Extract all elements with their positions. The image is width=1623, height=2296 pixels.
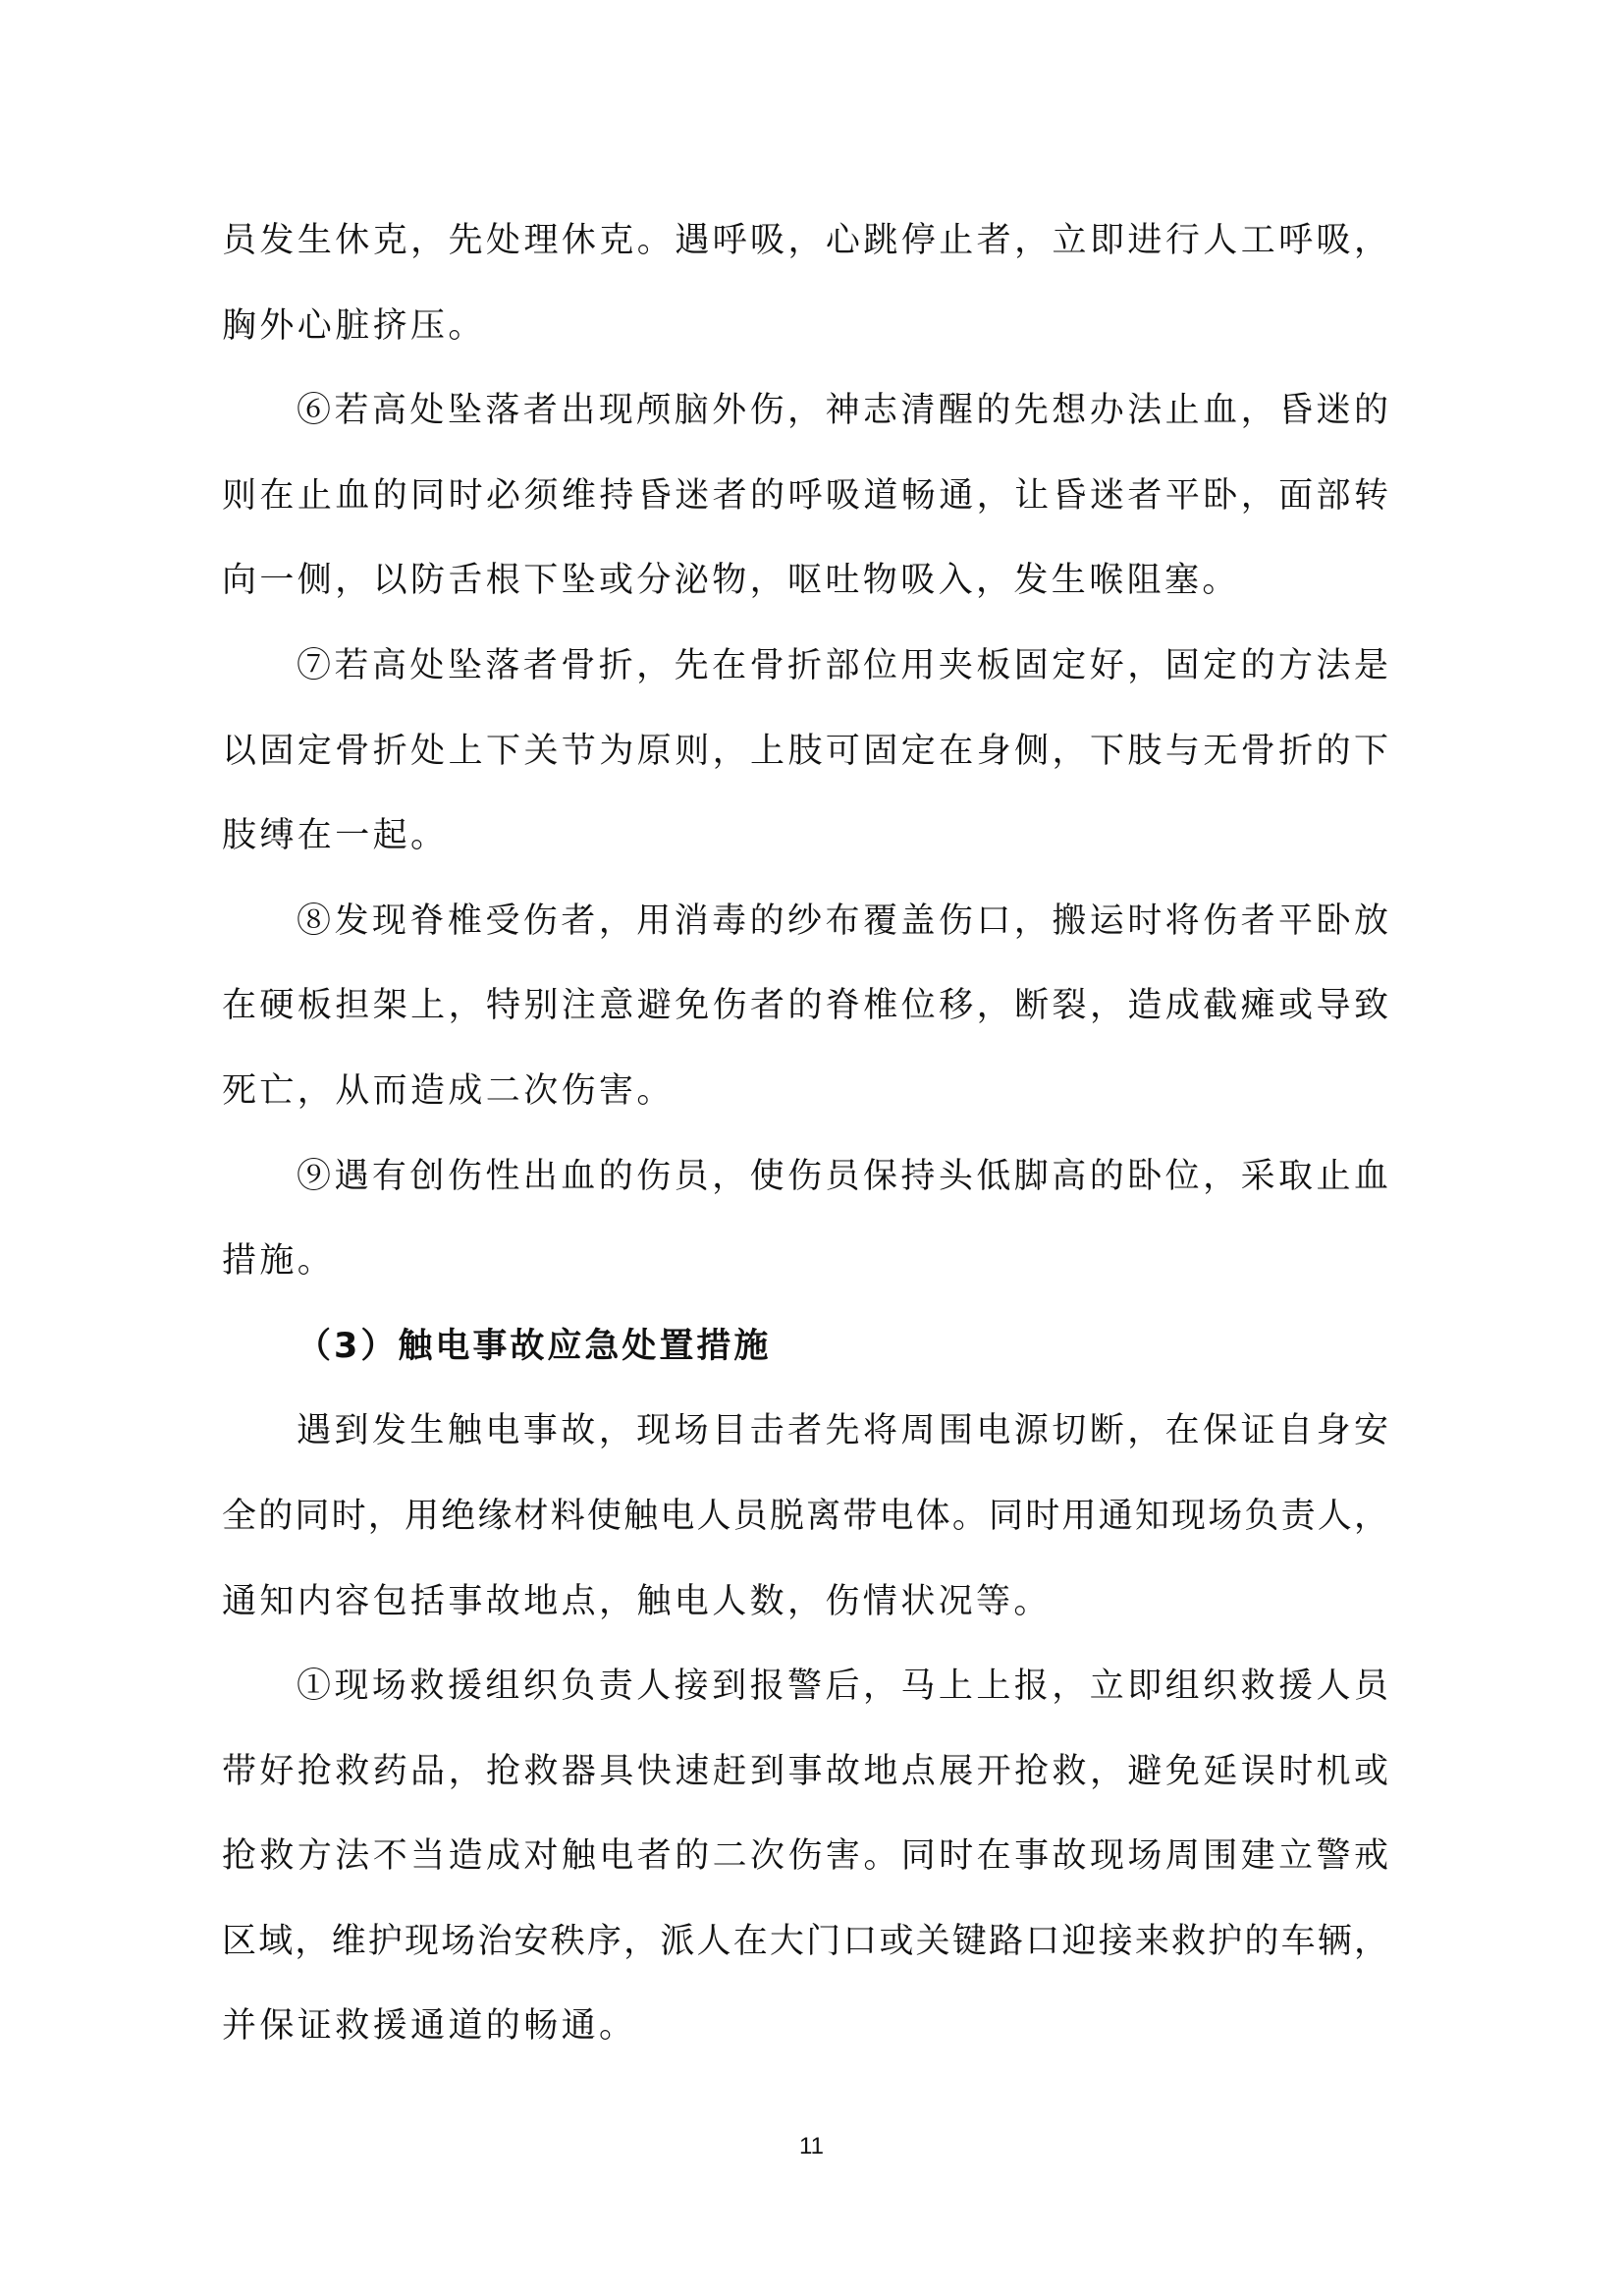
paragraph-line: 通知内容包括事故地点，触电人数，伤情状况等。 bbox=[222, 1572, 1388, 1658]
paragraph-line: 带好抢救药品，抢救器具快速赶到事故地点展开抢救，避免延误时机或 bbox=[222, 1742, 1388, 1828]
paragraph-line: 员发生休克，先处理休克。遇呼吸，心跳停止者，立即进行人工呼吸， bbox=[222, 211, 1388, 297]
paragraph-start-item-9: ⑨遇有创伤性出血的伤员，使伤员保持头低脚高的卧位，采取止血 bbox=[222, 1147, 1388, 1232]
paragraph-start-item-7: ⑦若高处坠落者骨折，先在骨折部位用夹板固定好，固定的方法是 bbox=[222, 636, 1388, 722]
document-page: 员发生休克，先处理休克。遇呼吸，心跳停止者，立即进行人工呼吸， 胸外心脏挤压。 … bbox=[0, 0, 1623, 2296]
paragraph-line: 并保证救援通道的畅通。 bbox=[222, 1996, 1388, 2082]
paragraph-line: 在硬板担架上，特别注意避免伤者的脊椎位移，断裂，造成截瘫或导致 bbox=[222, 976, 1388, 1062]
paragraph-start: 遇到发生触电事故，现场目击者先将周围电源切断，在保证自身安 bbox=[222, 1401, 1388, 1487]
paragraph-line: 全的同时，用绝缘材料使触电人员脱离带电体。同时用通知现场负责人， bbox=[222, 1487, 1388, 1572]
paragraph-line: 死亡，从而造成二次伤害。 bbox=[222, 1062, 1388, 1147]
paragraph-line: 向一侧，以防舌根下坠或分泌物，呕吐物吸入，发生喉阻塞。 bbox=[222, 551, 1388, 636]
paragraph-start-item-8: ⑧发现脊椎受伤者，用消毒的纱布覆盖伤口，搬运时将伤者平卧放 bbox=[222, 892, 1388, 977]
body-text: 员发生休克，先处理休克。遇呼吸，心跳停止者，立即进行人工呼吸， 胸外心脏挤压。 … bbox=[222, 211, 1388, 2082]
paragraph-line: 则在止血的同时必须维持昏迷者的呼吸道畅通，让昏迷者平卧，面部转 bbox=[222, 466, 1388, 552]
paragraph-start-item-1: ①现场救援组织负责人接到报警后，马上上报，立即组织救援人员 bbox=[222, 1657, 1388, 1742]
paragraph-line: 以固定骨折处上下关节为原则，上肢可固定在身侧，下肢与无骨折的下 bbox=[222, 722, 1388, 807]
paragraph-line: 肢缚在一起。 bbox=[222, 806, 1388, 892]
paragraph-line: 胸外心脏挤压。 bbox=[222, 297, 1388, 382]
paragraph-line: 措施。 bbox=[222, 1231, 1388, 1317]
page-number: 11 bbox=[0, 2133, 1623, 2160]
paragraph-line: 区域，维护现场治安秩序，派人在大门口或关键路口迎接来救护的车辆， bbox=[222, 1912, 1388, 1997]
paragraph-line: 抢救方法不当造成对触电者的二次伤害。同时在事故现场周围建立警戒 bbox=[222, 1827, 1388, 1912]
paragraph-start-item-6: ⑥若高处坠落者出现颅脑外伤，神志清醒的先想办法止血，昏迷的 bbox=[222, 381, 1388, 466]
section-heading: （3）触电事故应急处置措施 bbox=[222, 1317, 1388, 1402]
